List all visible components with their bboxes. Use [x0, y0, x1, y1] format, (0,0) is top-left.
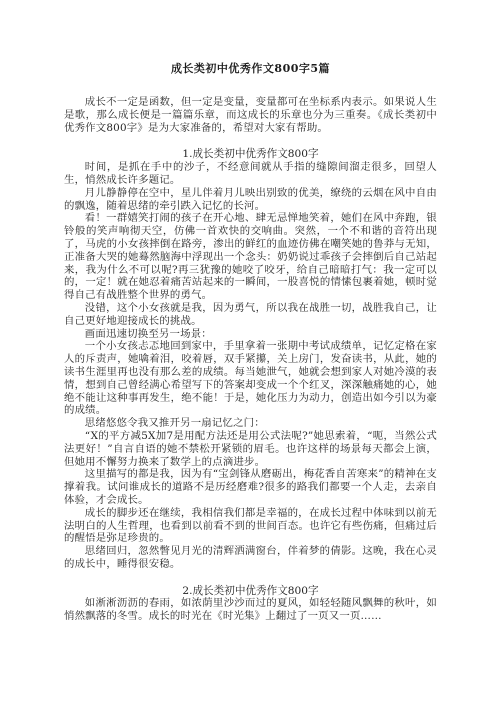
paragraph: 看！一群嬉笑打闹的孩子在开心地、肆无忌惮地笑着，她们在风中奔跑，银铃般的笑声响彻… [64, 212, 437, 302]
section-1-heading: 1.成长类初中优秀作文800字 [64, 148, 437, 161]
paragraph: 这里描写的都是我，因为有“宝剑锋从磨砺出，梅花香自苦寒来”的精神在支撑着我。试问… [64, 468, 437, 506]
paragraph: 成长的脚步还在继续，我相信我们都是幸福的，在成长过程中体味到以前无法明白的人生哲… [64, 507, 437, 545]
paragraph: “X的平方减5X加7是用配方法还是用公式法呢?”她思索着，“呃，当然公式法更好！… [64, 430, 437, 468]
paragraph: 画面迅速切换至另一场景： [64, 328, 437, 341]
paragraph: 一个小女孩忐忑地回到家中，手里拿着一张期中考试成绩单，记忆定格在家人的斥责声，她… [64, 340, 437, 417]
paragraph: 思绪悠悠令我又推开另一扇记忆之门： [64, 417, 437, 430]
paragraph: 月儿静静停在空中，星儿伴着月儿映出别致的优美，缭绕的云烟在风中自由的飘逸，随着思… [64, 187, 437, 213]
paragraph: 思绪回归，忽然瞥见月光的清辉洒满窗台，伴着梦的倩影。这晚，我在心灵的成长中，睡得… [64, 545, 437, 571]
paragraph: 没错，这个小女孩就是我，因为勇气，所以我在战胜一切，战胜我自己，让自己更好地迎接… [64, 302, 437, 328]
document-title: 成长类初中优秀作文800字5篇 [64, 60, 437, 76]
document-page: 成长类初中优秀作文800字5篇 成长不一定是函数，但一定是变量，变量都可在坐标系… [0, 0, 500, 708]
paragraph: 如淅淅沥沥的春雨，如浓荫里沙沙而过的夏风，如轻轻随风飘舞的秋叶，如悄然飘落的冬雪… [64, 597, 437, 623]
section-2-heading: 2.成长类初中优秀作文800字 [64, 585, 437, 598]
essay-section-1: 1.成长类初中优秀作文800字 时间，是抓在手中的沙子，不经意间就从手指的缝隙间… [64, 148, 437, 570]
essay-section-2: 2.成长类初中优秀作文800字 如淅淅沥沥的春雨，如浓荫里沙沙而过的夏风，如轻轻… [64, 585, 437, 623]
paragraph: 时间，是抓在手中的沙子，不经意间就从手指的缝隙间溜走很多，回望人生，悄然成长许多… [64, 161, 437, 187]
intro-paragraph: 成长不一定是函数，但一定是变量，变量都可在坐标系内表示。如果说人生是歌，那么成长… [64, 96, 437, 134]
